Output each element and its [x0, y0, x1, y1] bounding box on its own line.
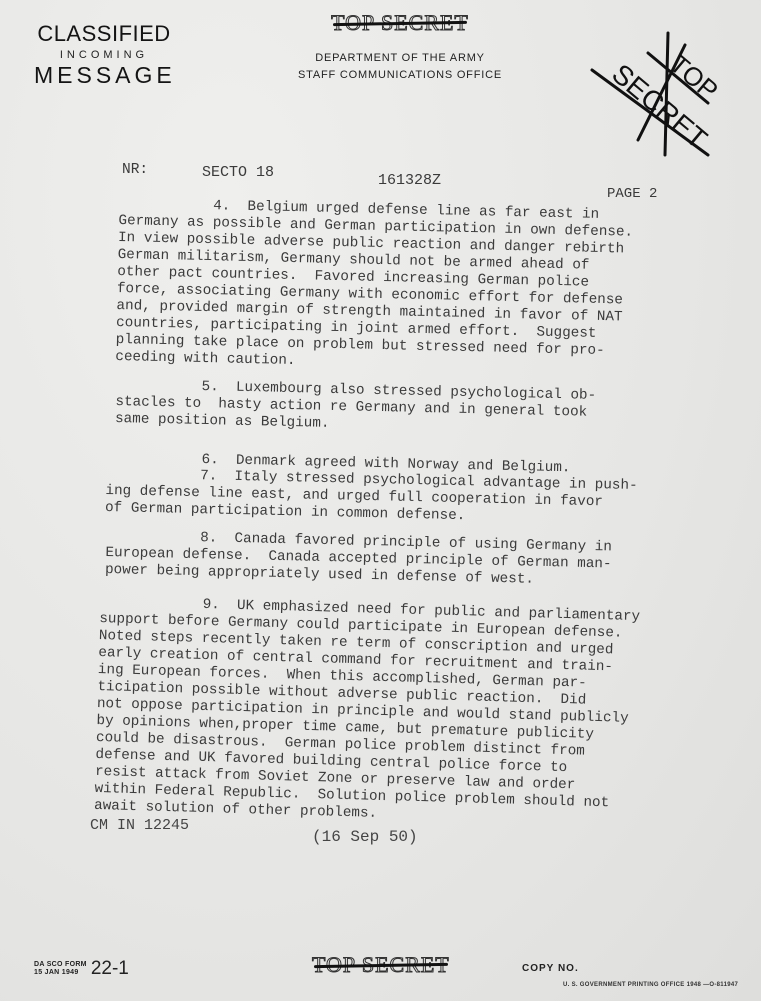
top-secret-footer-stamp: TOP SECRET: [312, 952, 450, 978]
paragraph-5-luxembourg: 5. Luxembourg also stressed psychologica…: [115, 377, 597, 439]
office-name: STAFF COMMUNICATIONS OFFICE: [280, 67, 520, 84]
cm-in-number: CM IN 12245: [90, 817, 189, 834]
classified-label: CLASSIFIED: [34, 22, 174, 46]
department-header: TOP SECRET DEPARTMENT OF THE ARMY STAFF …: [280, 10, 520, 84]
form-identifier: DA SCO FORM 15 JAN 1949 22-1: [34, 958, 129, 980]
top-secret-header-stamp: TOP SECRET: [331, 10, 469, 36]
copy-number-label: COPY NO.: [522, 963, 579, 974]
message-date: (16 Sep 50): [312, 828, 418, 846]
nr-label: NR:: [122, 162, 148, 178]
printing-office-imprint: U. S. GOVERNMENT PRINTING OFFICE 1948 —O…: [563, 982, 738, 988]
form-number: 22-1: [91, 958, 129, 980]
form-series-label: DA SCO FORM: [34, 961, 87, 969]
incoming-label: INCOMING: [34, 48, 174, 62]
page-number: PAGE 2: [607, 186, 657, 202]
date-time-group: 161328Z: [378, 172, 441, 189]
form-date-label: 15 JAN 1949: [34, 969, 87, 977]
top-secret-crossed-stamp-icon: TOP SECRET: [590, 25, 720, 160]
message-label: MESSAGE: [34, 62, 174, 88]
message-reference: SECTO 18: [202, 164, 274, 181]
classified-incoming-message-title: CLASSIFIED INCOMING MESSAGE: [34, 22, 174, 88]
paragraph-4-belgium: 4. Belgium urged defense line as far eas…: [115, 196, 634, 378]
paragraph-9-uk: 9. UK emphasized need for public and par…: [94, 594, 640, 830]
department-name: DEPARTMENT OF THE ARMY: [280, 50, 520, 67]
